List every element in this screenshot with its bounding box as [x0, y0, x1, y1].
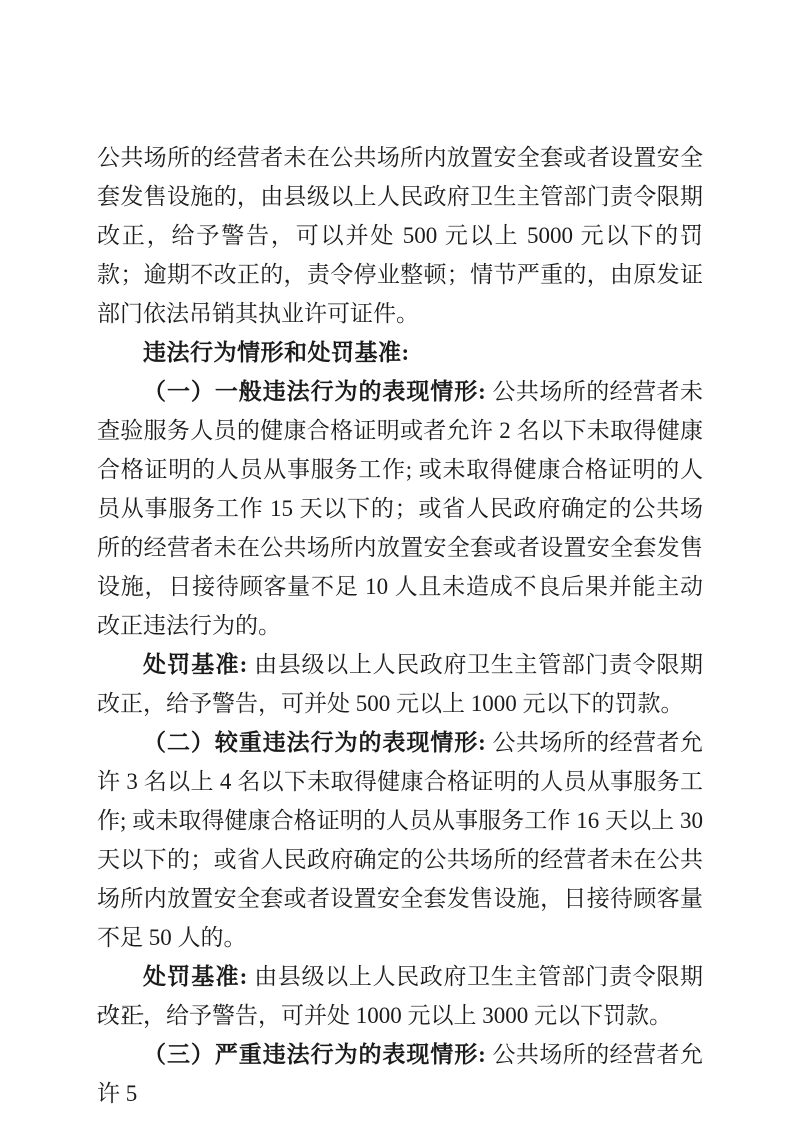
paragraph-text: 公共场所的经营者未查验服务人员的健康合格证明或者允许 2 名以下未取得健康合格证…: [97, 379, 703, 638]
section-heading: 违法行为情形和处罚基准:: [97, 333, 703, 372]
paragraph-item-1: （一）一般违法行为的表现情形: 公共场所的经营者未查验服务人员的健康合格证明或者…: [97, 372, 703, 645]
paragraph-lead: （二）较重违法行为的表现情形:: [143, 730, 486, 755]
section-heading-text: 违法行为情形和处罚基准:: [143, 340, 410, 365]
page-footer: - 12 -: [97, 1001, 146, 1025]
document-body: 公共场所的经营者未在公共场所内放置安全套或者设置安全套发售设施的，由县级以上人民…: [97, 138, 703, 1113]
document-page: 公共场所的经营者未在公共场所内放置安全套或者设置安全套发售设施的，由县级以上人民…: [0, 0, 793, 1122]
page-number: - 12 -: [97, 1003, 146, 1022]
paragraph-lead: 处罚基准:: [143, 964, 248, 989]
paragraph-lead: 处罚基准:: [143, 652, 248, 677]
paragraph-penalty-1: 处罚基准: 由县级以上人民政府卫生主管部门责令限期改正，给予警告，可并处 500…: [97, 645, 703, 723]
paragraph-penalty-2: 处罚基准: 由县级以上人民政府卫生主管部门责令限期改正，给予警告，可并处 100…: [97, 957, 703, 1035]
paragraph-lead: （一）一般违法行为的表现情形:: [143, 379, 486, 404]
paragraph-item-3: （三）严重违法行为的表现情形: 公共场所的经营者允许 5: [97, 1035, 703, 1113]
paragraph-text: 公共场所的经营者允许 3 名以上 4 名以下未取得健康合格证明的人员从事服务工作…: [97, 730, 703, 950]
paragraph-item-2: （二）较重违法行为的表现情形: 公共场所的经营者允许 3 名以上 4 名以下未取…: [97, 723, 703, 957]
paragraph-text: 公共场所的经营者未在公共场所内放置安全套或者设置安全套发售设施的，由县级以上人民…: [97, 145, 703, 326]
paragraph-continuation: 公共场所的经营者未在公共场所内放置安全套或者设置安全套发售设施的，由县级以上人民…: [97, 138, 703, 333]
paragraph-lead: （三）严重违法行为的表现情形:: [143, 1042, 486, 1067]
